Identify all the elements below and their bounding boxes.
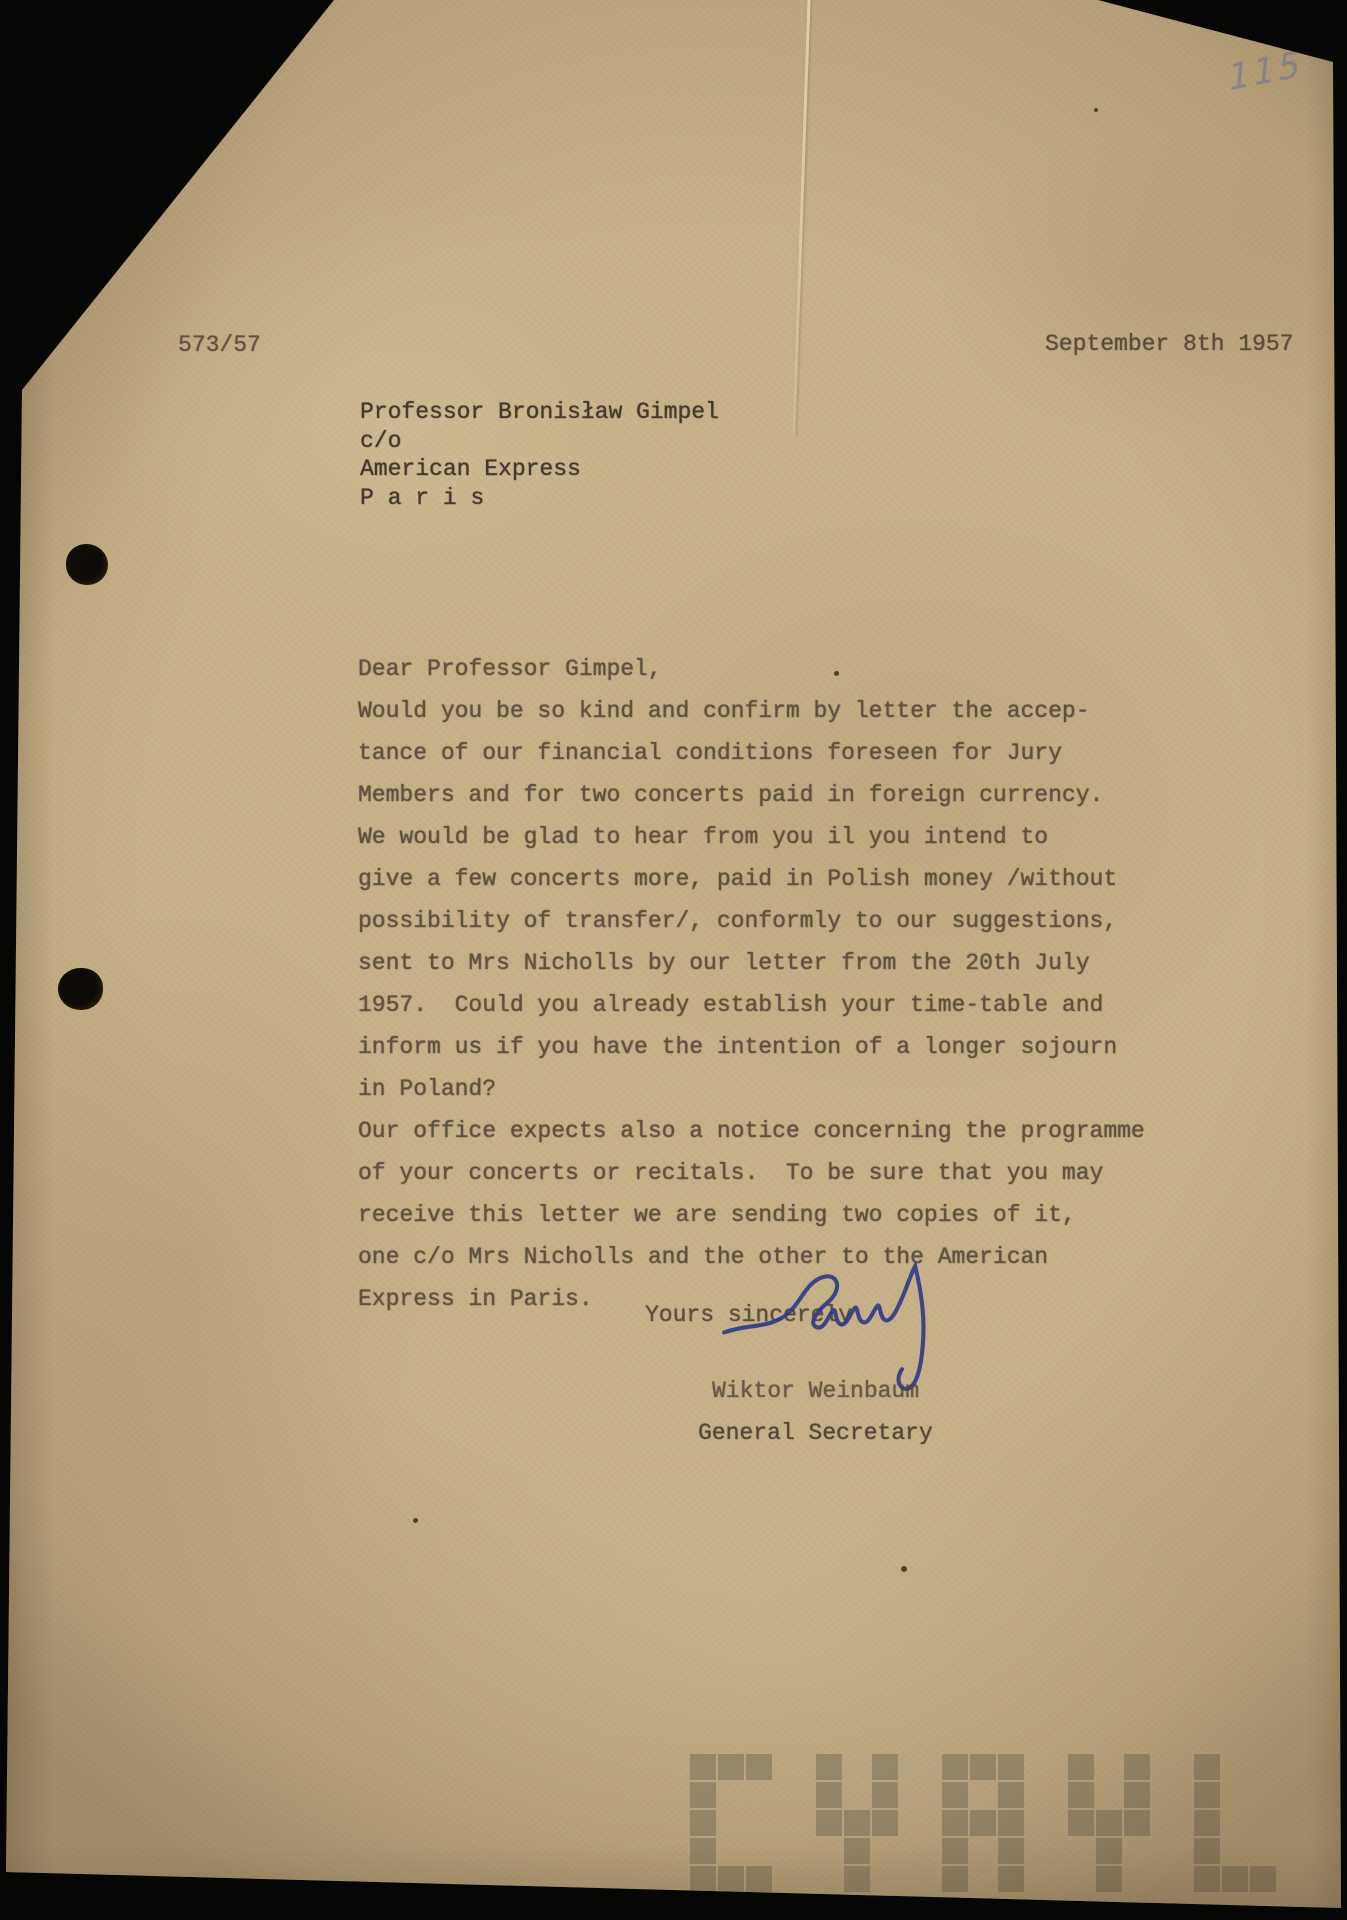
watermark-pixel: [1096, 1866, 1122, 1892]
watermark-pixel: [942, 1810, 968, 1836]
paper-speck: [413, 1518, 418, 1523]
body-line: Members and for two concerts paid in for…: [358, 774, 1145, 816]
watermark-pixel: [1194, 1754, 1220, 1780]
watermark-pixel: [942, 1838, 968, 1864]
watermark-pixel: [942, 1754, 968, 1780]
watermark-pixel: [1222, 1866, 1248, 1892]
watermark-pixel: [718, 1754, 744, 1780]
cyryl-watermark: [690, 1754, 1290, 1899]
body-line: give a few concerts more, paid in Polish…: [358, 858, 1145, 900]
handwritten-page-number: 115: [1227, 45, 1305, 100]
watermark-pixel: [1124, 1810, 1150, 1836]
watermark-pixel: [816, 1782, 842, 1808]
body-line: We would be glad to hear from you il you…: [358, 816, 1145, 858]
watermark-pixel: [844, 1838, 870, 1864]
watermark-pixel: [1068, 1782, 1094, 1808]
body-line: Would you be so kind and confirm by lett…: [358, 690, 1145, 732]
recipient-line: Professor Bronisław Gimpel: [360, 398, 719, 427]
recipient-line: American Express: [360, 455, 719, 484]
watermark-pixel: [970, 1810, 996, 1836]
watermark-pixel: [1124, 1754, 1150, 1780]
watermark-pixel: [1194, 1782, 1220, 1808]
watermark-pixel: [1124, 1782, 1150, 1808]
body-line: tance of our financial conditions forese…: [358, 732, 1145, 774]
watermark-pixel: [746, 1754, 772, 1780]
watermark-pixel: [998, 1838, 1024, 1864]
watermark-pixel: [1194, 1810, 1220, 1836]
watermark-pixel: [690, 1838, 716, 1864]
letter-paper: 573/57 September 8th 1957 Professor Bron…: [0, 0, 1347, 1920]
watermark-pixel: [844, 1810, 870, 1836]
watermark-pixel: [690, 1782, 716, 1808]
watermark-pixel: [690, 1866, 716, 1892]
watermark-pixel: [844, 1866, 870, 1892]
watermark-pixel: [718, 1866, 744, 1892]
recipient-address-block: Professor Bronisław Gimpelc/oAmerican Ex…: [360, 398, 719, 512]
reference-number: 573/57: [178, 332, 261, 358]
paper-speck: [834, 671, 839, 676]
body-line: of your concerts or recitals. To be sure…: [358, 1152, 1145, 1194]
watermark-pixel: [872, 1810, 898, 1836]
watermark-pixel: [998, 1754, 1024, 1780]
signatory-name: Wiktor Weinbaum: [712, 1378, 919, 1404]
body-line: possibility of transfer/, conformly to o…: [358, 900, 1145, 942]
watermark-pixel: [1194, 1838, 1220, 1864]
paper-speck: [901, 1566, 907, 1572]
watermark-pixel: [1068, 1754, 1094, 1780]
watermark-pixel: [872, 1754, 898, 1780]
watermark-pixel: [942, 1866, 968, 1892]
body-line: Our office expects also a notice concern…: [358, 1110, 1145, 1152]
watermark-pixel: [1096, 1838, 1122, 1864]
punch-hole: [66, 544, 108, 585]
scanned-letter-page: 573/57 September 8th 1957 Professor Bron…: [0, 0, 1347, 1920]
watermark-pixel: [998, 1782, 1024, 1808]
body-line: Dear Professor Gimpel,: [358, 648, 1145, 690]
watermark-pixel: [1096, 1810, 1122, 1836]
watermark-pixel: [1250, 1866, 1276, 1892]
paper-speck: [1094, 108, 1098, 112]
watermark-pixel: [690, 1810, 716, 1836]
punch-hole: [58, 968, 103, 1010]
paper-crease: [792, 0, 810, 436]
letter-date: September 8th 1957: [1045, 331, 1293, 357]
recipient-line: P a r i s: [360, 484, 719, 513]
watermark-pixel: [746, 1866, 772, 1892]
watermark-pixel: [998, 1810, 1024, 1836]
watermark-pixel: [690, 1754, 716, 1780]
watermark-pixel: [970, 1754, 996, 1780]
watermark-pixel: [942, 1782, 968, 1808]
body-line: sent to Mrs Nicholls by our letter from …: [358, 942, 1145, 984]
recipient-line: c/o: [360, 427, 719, 456]
signatory-title: General Secretary: [698, 1420, 933, 1446]
letter-body: Dear Professor Gimpel,Would you be so ki…: [358, 648, 1145, 1320]
watermark-pixel: [998, 1866, 1024, 1892]
watermark-pixel: [816, 1754, 842, 1780]
watermark-pixel: [1194, 1866, 1220, 1892]
body-line: in Poland?: [358, 1068, 1145, 1110]
body-line: inform us if you have the intention of a…: [358, 1026, 1145, 1068]
watermark-pixel: [872, 1782, 898, 1808]
watermark-pixel: [816, 1810, 842, 1836]
body-line: receive this letter we are sending two c…: [358, 1194, 1145, 1236]
watermark-pixel: [1068, 1810, 1094, 1836]
body-line: 1957. Could you already establish your t…: [358, 984, 1145, 1026]
